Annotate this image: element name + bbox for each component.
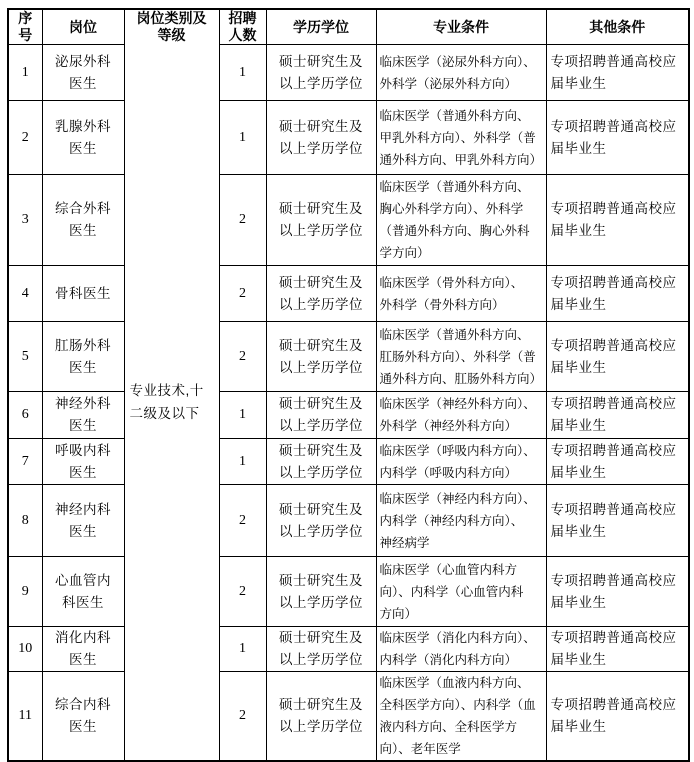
cell-category-merged: 专业技术,十 二级及以下 bbox=[124, 45, 219, 762]
table-row: 9心血管内 科医生2硕士研究生及 以上学历学位临床医学（心血管内科方 向）、内科… bbox=[8, 557, 689, 627]
cell-major: 临床医学（心血管内科方 向）、内科学（心血管内科 方向） bbox=[376, 557, 546, 627]
cell-other: 专项招聘普通高校应 届毕业生 bbox=[546, 672, 689, 762]
cell-position: 神经内科 医生 bbox=[42, 485, 124, 557]
cell-other: 专项招聘普通高校应 届毕业生 bbox=[546, 627, 689, 672]
cell-count: 2 bbox=[219, 485, 266, 557]
cell-count: 2 bbox=[219, 266, 266, 322]
cell-position: 乳腺外科 医生 bbox=[42, 101, 124, 175]
table-row: 7呼吸内科 医生1硕士研究生及 以上学历学位临床医学（呼吸内科方向）、 内科学（… bbox=[8, 439, 689, 485]
cell-count: 2 bbox=[219, 672, 266, 762]
cell-major: 临床医学（骨外科方向）、 外科学（骨外科方向） bbox=[376, 266, 546, 322]
table-row: 8神经内科 医生2硕士研究生及 以上学历学位临床医学（神经内科方向）、 内科学（… bbox=[8, 485, 689, 557]
cell-other: 专项招聘普通高校应 届毕业生 bbox=[546, 101, 689, 175]
cell-index: 11 bbox=[8, 672, 42, 762]
cell-other: 专项招聘普通高校应 届毕业生 bbox=[546, 439, 689, 485]
cell-degree: 硕士研究生及 以上学历学位 bbox=[266, 557, 376, 627]
header-degree: 学历学位 bbox=[266, 9, 376, 45]
cell-degree: 硕士研究生及 以上学历学位 bbox=[266, 485, 376, 557]
table-row: 5肛肠外科 医生2硕士研究生及 以上学历学位临床医学（普通外科方向、 肛肠外科方… bbox=[8, 322, 689, 392]
cell-other: 专项招聘普通高校应 届毕业生 bbox=[546, 557, 689, 627]
table-row: 1泌尿外科 医生专业技术,十 二级及以下1硕士研究生及 以上学历学位临床医学（泌… bbox=[8, 45, 689, 101]
cell-index: 2 bbox=[8, 101, 42, 175]
cell-index: 8 bbox=[8, 485, 42, 557]
table-header: 序 号 岗位 岗位类别及 等级 招聘 人数 学历学位 专业条件 其他条件 bbox=[8, 9, 689, 45]
cell-index: 3 bbox=[8, 175, 42, 266]
recruitment-table: 序 号 岗位 岗位类别及 等级 招聘 人数 学历学位 专业条件 其他条件 1泌尿… bbox=[7, 8, 690, 762]
cell-position: 心血管内 科医生 bbox=[42, 557, 124, 627]
cell-position: 综合内科 医生 bbox=[42, 672, 124, 762]
header-category: 岗位类别及 等级 bbox=[124, 9, 219, 45]
cell-index: 10 bbox=[8, 627, 42, 672]
table-row: 6神经外科 医生1硕士研究生及 以上学历学位临床医学（神经外科方向）、 外科学（… bbox=[8, 392, 689, 439]
cell-other: 专项招聘普通高校应 届毕业生 bbox=[546, 322, 689, 392]
cell-index: 5 bbox=[8, 322, 42, 392]
cell-degree: 硕士研究生及 以上学历学位 bbox=[266, 266, 376, 322]
cell-count: 1 bbox=[219, 439, 266, 485]
cell-other: 专项招聘普通高校应 届毕业生 bbox=[546, 485, 689, 557]
cell-index: 7 bbox=[8, 439, 42, 485]
cell-position: 泌尿外科 医生 bbox=[42, 45, 124, 101]
cell-degree: 硕士研究生及 以上学历学位 bbox=[266, 101, 376, 175]
table-row: 2乳腺外科 医生1硕士研究生及 以上学历学位临床医学（普通外科方向、 甲乳外科方… bbox=[8, 101, 689, 175]
table-row: 10消化内科 医生1硕士研究生及 以上学历学位临床医学（消化内科方向）、 内科学… bbox=[8, 627, 689, 672]
header-row: 序 号 岗位 岗位类别及 等级 招聘 人数 学历学位 专业条件 其他条件 bbox=[8, 9, 689, 45]
table-body: 1泌尿外科 医生专业技术,十 二级及以下1硕士研究生及 以上学历学位临床医学（泌… bbox=[8, 45, 689, 762]
cell-index: 4 bbox=[8, 266, 42, 322]
cell-degree: 硕士研究生及 以上学历学位 bbox=[266, 627, 376, 672]
cell-count: 2 bbox=[219, 322, 266, 392]
cell-index: 1 bbox=[8, 45, 42, 101]
cell-index: 9 bbox=[8, 557, 42, 627]
table-row: 11综合内科 医生2硕士研究生及 以上学历学位临床医学（血液内科方向、 全科医学… bbox=[8, 672, 689, 762]
cell-other: 专项招聘普通高校应 届毕业生 bbox=[546, 45, 689, 101]
header-other: 其他条件 bbox=[546, 9, 689, 45]
cell-count: 1 bbox=[219, 627, 266, 672]
header-index: 序 号 bbox=[8, 9, 42, 45]
cell-major: 临床医学（血液内科方向、 全科医学方向）、内科学（血 液内科方向、全科医学方 向… bbox=[376, 672, 546, 762]
cell-major: 临床医学（泌尿外科方向）、 外科学（泌尿外科方向） bbox=[376, 45, 546, 101]
cell-degree: 硕士研究生及 以上学历学位 bbox=[266, 672, 376, 762]
header-position: 岗位 bbox=[42, 9, 124, 45]
cell-degree: 硕士研究生及 以上学历学位 bbox=[266, 45, 376, 101]
cell-count: 1 bbox=[219, 392, 266, 439]
cell-degree: 硕士研究生及 以上学历学位 bbox=[266, 175, 376, 266]
cell-count: 1 bbox=[219, 45, 266, 101]
table-row: 3综合外科 医生2硕士研究生及 以上学历学位临床医学（普通外科方向、 胸心外科学… bbox=[8, 175, 689, 266]
cell-index: 6 bbox=[8, 392, 42, 439]
cell-other: 专项招聘普通高校应 届毕业生 bbox=[546, 392, 689, 439]
cell-other: 专项招聘普通高校应 届毕业生 bbox=[546, 175, 689, 266]
cell-other: 专项招聘普通高校应 届毕业生 bbox=[546, 266, 689, 322]
cell-degree: 硕士研究生及 以上学历学位 bbox=[266, 322, 376, 392]
cell-count: 1 bbox=[219, 101, 266, 175]
cell-major: 临床医学（呼吸内科方向）、 内科学（呼吸内科方向） bbox=[376, 439, 546, 485]
cell-position: 肛肠外科 医生 bbox=[42, 322, 124, 392]
cell-major: 临床医学（神经内科方向）、 内科学（神经内科方向）、 神经病学 bbox=[376, 485, 546, 557]
cell-position: 呼吸内科 医生 bbox=[42, 439, 124, 485]
cell-degree: 硕士研究生及 以上学历学位 bbox=[266, 392, 376, 439]
cell-major: 临床医学（消化内科方向）、 内科学（消化内科方向） bbox=[376, 627, 546, 672]
cell-major: 临床医学（普通外科方向、 肛肠外科方向）、外科学（普 通外科方向、肛肠外科方向） bbox=[376, 322, 546, 392]
cell-position: 骨科医生 bbox=[42, 266, 124, 322]
cell-position: 消化内科 医生 bbox=[42, 627, 124, 672]
cell-count: 2 bbox=[219, 557, 266, 627]
cell-major: 临床医学（普通外科方向、 甲乳外科方向）、外科学（普 通外科方向、甲乳外科方向） bbox=[376, 101, 546, 175]
header-major: 专业条件 bbox=[376, 9, 546, 45]
cell-major: 临床医学（普通外科方向、 胸心外科学方向）、外科学 （普通外科方向、胸心外科 学… bbox=[376, 175, 546, 266]
cell-count: 2 bbox=[219, 175, 266, 266]
table-row: 4骨科医生2硕士研究生及 以上学历学位临床医学（骨外科方向）、 外科学（骨外科方… bbox=[8, 266, 689, 322]
cell-position: 神经外科 医生 bbox=[42, 392, 124, 439]
cell-position: 综合外科 医生 bbox=[42, 175, 124, 266]
cell-degree: 硕士研究生及 以上学历学位 bbox=[266, 439, 376, 485]
header-count: 招聘 人数 bbox=[219, 9, 266, 45]
cell-major: 临床医学（神经外科方向）、 外科学（神经外科方向） bbox=[376, 392, 546, 439]
